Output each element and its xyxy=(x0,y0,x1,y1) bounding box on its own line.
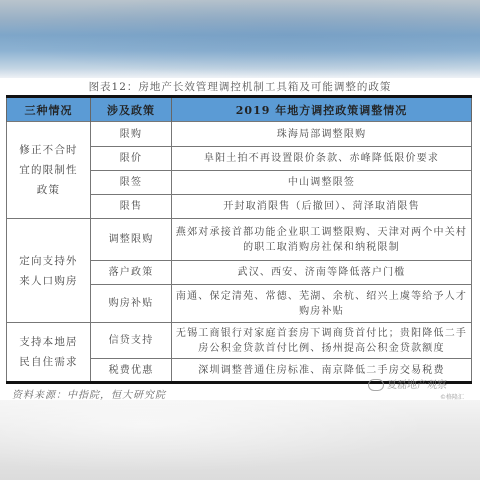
policy-cell: 限购 xyxy=(91,122,172,147)
table-header-row: 三种情况 涉及政策 2019 年地方调控政策调整情况 xyxy=(7,97,472,122)
header-situation: 三种情况 xyxy=(7,97,91,122)
policy-cell: 信贷支持 xyxy=(91,323,172,359)
source-note: 资料来源：中指院，恒大研究院 xyxy=(12,386,166,401)
figure-caption: 图表12：房地产长效管理调控机制工具箱及可能调整的政策 xyxy=(0,79,480,94)
watermark: 夏磊地产观察 xyxy=(368,376,447,391)
detail-cell: 开封取消限售（后撤回）、菏泽取消限售 xyxy=(172,195,472,219)
header-adjustment: 2019 年地方调控政策调整情况 xyxy=(172,97,472,122)
detail-cell: 南通、保定清苑、常德、芜湖、余杭、绍兴上虞等给予人才购房补贴 xyxy=(172,285,472,323)
watermark-text: 夏磊地产观察 xyxy=(387,380,447,391)
header-policy: 涉及政策 xyxy=(91,97,172,122)
detail-cell: 中山调整限签 xyxy=(172,171,472,195)
situation-cell: 支持本地居民自住需求 xyxy=(7,323,91,383)
policy-cell: 调整限购 xyxy=(91,219,172,261)
policy-cell: 购房补贴 xyxy=(91,285,172,323)
blurred-background-bottom xyxy=(0,400,480,480)
detail-cell: 武汉、西安、济南等降低落户门槛 xyxy=(172,261,472,285)
detail-cell: 珠海局部调整限购 xyxy=(172,122,472,147)
table-row: 修正不合时宜的限制性政策 限购 珠海局部调整限购 xyxy=(7,122,472,147)
wechat-icon xyxy=(368,379,384,391)
detail-cell: 阜阳土拍不再设置限价条款、赤峰降低限价要求 xyxy=(172,147,472,171)
detail-cell: 燕郊对承接首都功能企业职工调整限购、天津对两个中关村的职工取消购房社保和纳税限制 xyxy=(172,219,472,261)
policy-table: 三种情况 涉及政策 2019 年地方调控政策调整情况 修正不合时宜的限制性政策 … xyxy=(6,95,472,384)
policy-table-container: 三种情况 涉及政策 2019 年地方调控政策调整情况 修正不合时宜的限制性政策 … xyxy=(6,95,471,384)
table-row: 定向支持外来人口购房 调整限购 燕郊对承接首都功能企业职工调整限购、天津对两个中… xyxy=(7,219,472,261)
policy-cell: 限签 xyxy=(91,171,172,195)
policy-cell: 税费优惠 xyxy=(91,359,172,383)
detail-cell: 无锡工商银行对家庭首套房下调商贷首付比；贵阳降低二手房公积金贷款首付比例、扬州提… xyxy=(172,323,472,359)
blurred-background-top xyxy=(0,0,480,78)
table-row: 支持本地居民自住需求 信贷支持 无锡工商银行对家庭首套房下调商贷首付比；贵阳降低… xyxy=(7,323,472,359)
situation-cell: 定向支持外来人口购房 xyxy=(7,219,91,323)
policy-cell: 限价 xyxy=(91,147,172,171)
situation-cell: 修正不合时宜的限制性政策 xyxy=(7,122,91,219)
policy-cell: 限售 xyxy=(91,195,172,219)
policy-cell: 落户政策 xyxy=(91,261,172,285)
